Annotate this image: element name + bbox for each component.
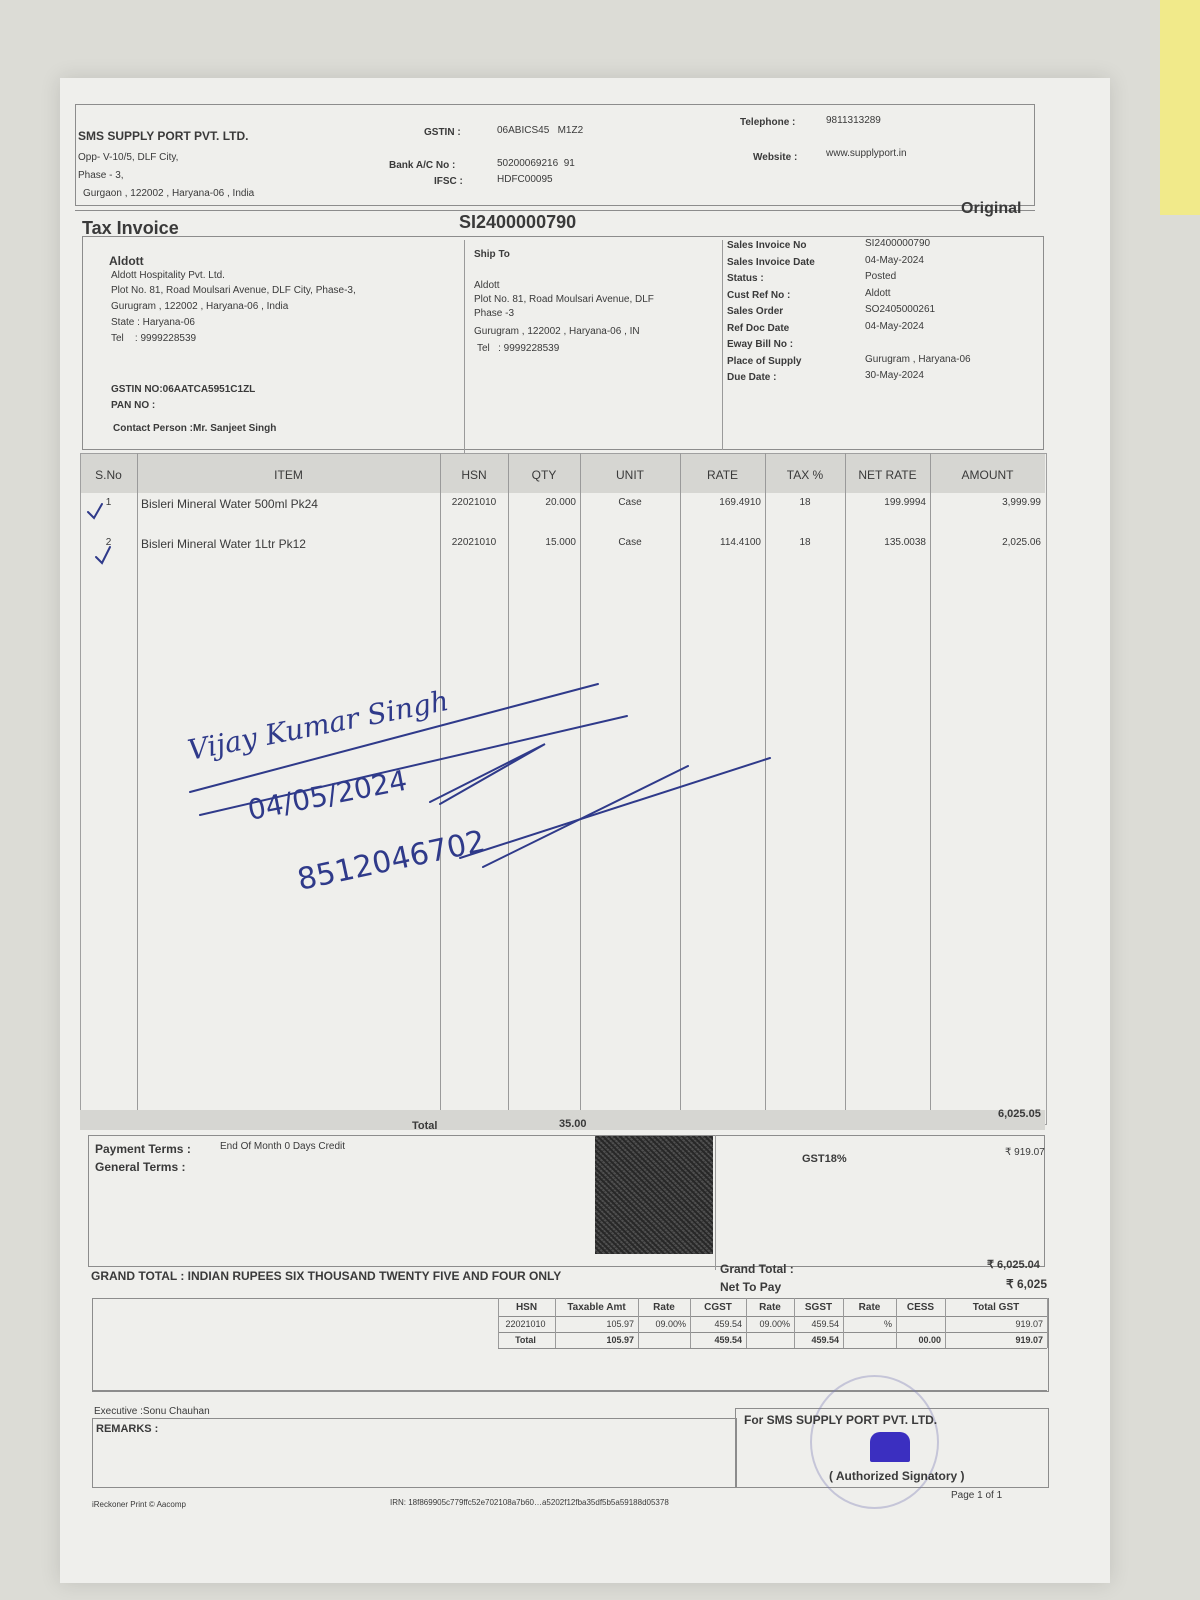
contact-person: Contact Person :Mr. Sanjeet Singh <box>113 423 276 434</box>
table-cell: 114.4100 <box>684 537 761 548</box>
column-header: AMOUNT <box>930 468 1045 482</box>
authorized-signatory: ( Authorized Signatory ) <box>829 1469 965 1483</box>
column-divider <box>137 453 138 1123</box>
sticky-note <box>1160 0 1200 215</box>
grand-total-value: ₹ 6,025.04 <box>987 1258 1040 1271</box>
telephone-label: Telephone : <box>740 117 795 128</box>
hsn-cell: 919.07 <box>947 1319 1043 1329</box>
bill-to-line: Aldott Hospitality Pvt. Ltd. <box>111 270 225 281</box>
column-divider <box>440 453 441 1123</box>
meta-label: Cust Ref No : <box>727 290 790 301</box>
grand-total-label: Grand Total : <box>720 1262 794 1276</box>
column-header: RATE <box>680 468 765 482</box>
meta-value: Gurugram , Haryana-06 <box>865 354 971 365</box>
hsn-cell: 459.54 <box>796 1335 839 1345</box>
table-cell: 3,999.99 <box>934 497 1041 508</box>
column-divider <box>765 453 766 1123</box>
hsn-cell: 09.00% <box>748 1319 790 1329</box>
meta-value: 04-May-2024 <box>865 321 924 332</box>
meta-value: Posted <box>865 271 896 282</box>
table-cell: Case <box>584 497 676 508</box>
hsn-header: Rate <box>843 1302 896 1313</box>
hsn-cell: 22021010 <box>500 1319 551 1329</box>
hsn-header: SGST <box>794 1302 843 1313</box>
seller-address-2: Phase - 3, <box>78 170 124 181</box>
net-pay-value: ₹ 6,025 <box>1006 1277 1047 1291</box>
hsn-header: Taxable Amt <box>555 1302 638 1313</box>
table-cell: 1 <box>84 497 133 508</box>
website-value[interactable]: www.supplyport.in <box>826 148 907 159</box>
bill-to-line: Plot No. 81, Road Moulsari Avenue, DLF C… <box>111 285 356 296</box>
signature-mark <box>870 1432 910 1462</box>
column-header: NET RATE <box>845 468 930 482</box>
meta-label: Ref Doc Date <box>727 323 789 334</box>
column-header: ITEM <box>137 468 440 482</box>
ship-to-line: Aldott <box>474 280 500 291</box>
table-cell: Bisleri Mineral Water 1Ltr Pk12 <box>141 537 436 551</box>
ifsc-label: IFSC : <box>434 176 463 187</box>
gst-value: ₹ 919.07 <box>1005 1147 1045 1158</box>
hsn-cell: 459.54 <box>796 1319 839 1329</box>
divider <box>498 1332 1047 1333</box>
hsn-header: HSN <box>498 1302 555 1313</box>
table-cell: 18 <box>769 537 841 548</box>
table-cell: 18 <box>769 497 841 508</box>
payment-terms-label: Payment Terms : <box>95 1142 191 1156</box>
table-cell: 2 <box>84 537 133 548</box>
general-terms-label: General Terms : <box>95 1160 185 1174</box>
bill-to-line: Gurugram , 122002 , Haryana-06 , India <box>111 301 288 312</box>
qr-code <box>595 1136 713 1254</box>
meta-label: Place of Supply <box>727 356 801 367</box>
ship-to-label: Ship To <box>474 249 510 260</box>
terms-frame <box>88 1135 1045 1267</box>
hsn-header: CESS <box>896 1302 945 1313</box>
divider <box>464 240 465 455</box>
net-pay-label: Net To Pay <box>720 1280 781 1294</box>
meta-label: Eway Bill No : <box>727 339 793 350</box>
hsn-cell: 105.97 <box>557 1319 634 1329</box>
meta-label: Sales Invoice No <box>727 240 806 251</box>
hsn-cell: % <box>845 1319 892 1329</box>
gstin-label: GSTIN : <box>424 127 461 138</box>
divider <box>75 210 1035 211</box>
column-header: QTY <box>508 468 580 482</box>
meta-value: SO2405000261 <box>865 304 935 315</box>
table-cell: 199.9994 <box>849 497 926 508</box>
column-divider <box>680 453 681 1123</box>
total-label: Total <box>412 1120 437 1132</box>
for-company: For SMS SUPPLY PORT PVT. LTD. <box>744 1413 937 1427</box>
gstin-value: 06ABICS45 M1Z2 <box>497 125 583 136</box>
table-cell: 22021010 <box>444 537 504 548</box>
divider <box>1047 1298 1048 1348</box>
meta-value: Aldott <box>865 288 891 299</box>
table-cell: 15.000 <box>512 537 576 548</box>
table-cell: 2,025.06 <box>934 537 1041 548</box>
column-header: S.No <box>80 468 137 482</box>
hsn-header: Rate <box>746 1302 794 1313</box>
payment-terms-value: End Of Month 0 Days Credit <box>220 1141 345 1152</box>
divider <box>498 1348 1047 1349</box>
meta-label: Sales Invoice Date <box>727 257 815 268</box>
hsn-header: Rate <box>638 1302 690 1313</box>
hsn-cell: Total <box>500 1335 551 1345</box>
meta-label: Status : <box>727 273 764 284</box>
bill-to-gstin: GSTIN NO:06AATCA5951C1ZL <box>111 384 255 395</box>
total-amount: 6,025.05 <box>998 1108 1041 1120</box>
page-number: Page 1 of 1 <box>951 1490 1002 1501</box>
hsn-cell: 459.54 <box>692 1319 742 1329</box>
column-header: UNIT <box>580 468 680 482</box>
column-divider <box>845 453 846 1123</box>
remarks-box <box>92 1418 737 1488</box>
meta-value: SI2400000790 <box>865 238 930 249</box>
table-cell: 22021010 <box>444 497 504 508</box>
hsn-header: Total GST <box>945 1302 1047 1313</box>
hsn-cell: 459.54 <box>692 1335 742 1345</box>
table-cell: 169.4910 <box>684 497 761 508</box>
meta-value: 04-May-2024 <box>865 255 924 266</box>
column-header: HSN <box>440 468 508 482</box>
hsn-cell: 919.07 <box>947 1335 1043 1345</box>
meta-value: 30-May-2024 <box>865 370 924 381</box>
gst-label: GST18% <box>802 1153 847 1165</box>
column-divider <box>930 453 931 1123</box>
software-credit: iReckoner Print © Aacomp <box>92 1500 186 1509</box>
hsn-cell: 00.00 <box>898 1335 941 1345</box>
column-divider <box>508 453 509 1123</box>
irn: IRN: 18f869905c779ffc52e702108a7b60…a520… <box>390 1498 669 1507</box>
divider <box>715 1135 716 1270</box>
bill-to-line: Tel : 9999228539 <box>111 333 196 344</box>
divider <box>498 1298 1047 1299</box>
table-cell: 20.000 <box>512 497 576 508</box>
amount-in-words: GRAND TOTAL : INDIAN RUPEES SIX THOUSAND… <box>91 1269 561 1283</box>
ifsc-value: HDFC00095 <box>497 174 553 185</box>
website-label: Website : <box>753 152 797 163</box>
meta-label: Sales Order <box>727 306 783 317</box>
hsn-cell: 09.00% <box>640 1319 686 1329</box>
hsn-cell: 105.97 <box>557 1335 634 1345</box>
divider <box>498 1316 1047 1317</box>
bank-label: Bank A/C No : <box>389 160 455 171</box>
column-header: TAX % <box>765 468 845 482</box>
meta-label: Due Date : <box>727 372 776 383</box>
table-cell: Case <box>584 537 676 548</box>
column-divider <box>580 453 581 1123</box>
total-qty: 35.00 <box>559 1118 587 1130</box>
seller-address-3: Gurgaon , 122002 , Haryana-06 , India <box>83 188 254 199</box>
bank-value: 50200069216 91 <box>497 158 575 169</box>
parties-frame <box>82 236 1044 450</box>
copy-label: Original <box>961 200 1021 218</box>
bill-to-name: Aldott <box>109 254 144 268</box>
ship-to-line: Tel : 9999228539 <box>477 343 559 354</box>
seller-address-1: Opp- V-10/5, DLF City, <box>78 152 178 163</box>
executive: Executive :Sonu Chauhan <box>94 1406 210 1417</box>
ship-to-line: Plot No. 81, Road Moulsari Avenue, DLF <box>474 294 654 305</box>
seller-name: SMS SUPPLY PORT PVT. LTD. <box>78 129 248 143</box>
bill-to-line: State : Haryana-06 <box>111 317 195 328</box>
telephone-value: 9811313289 <box>826 115 881 126</box>
divider <box>722 240 723 450</box>
invoice-number: SI2400000790 <box>459 212 576 233</box>
table-cell: 135.0038 <box>849 537 926 548</box>
ship-to-line: Gurugram , 122002 , Haryana-06 , IN <box>474 326 640 337</box>
bill-to-pan: PAN NO : <box>111 400 155 411</box>
hsn-header: CGST <box>690 1302 746 1313</box>
ship-to-line: Phase -3 <box>474 308 514 319</box>
items-table <box>80 453 1047 1125</box>
table-cell: Bisleri Mineral Water 500ml Pk24 <box>141 497 436 511</box>
